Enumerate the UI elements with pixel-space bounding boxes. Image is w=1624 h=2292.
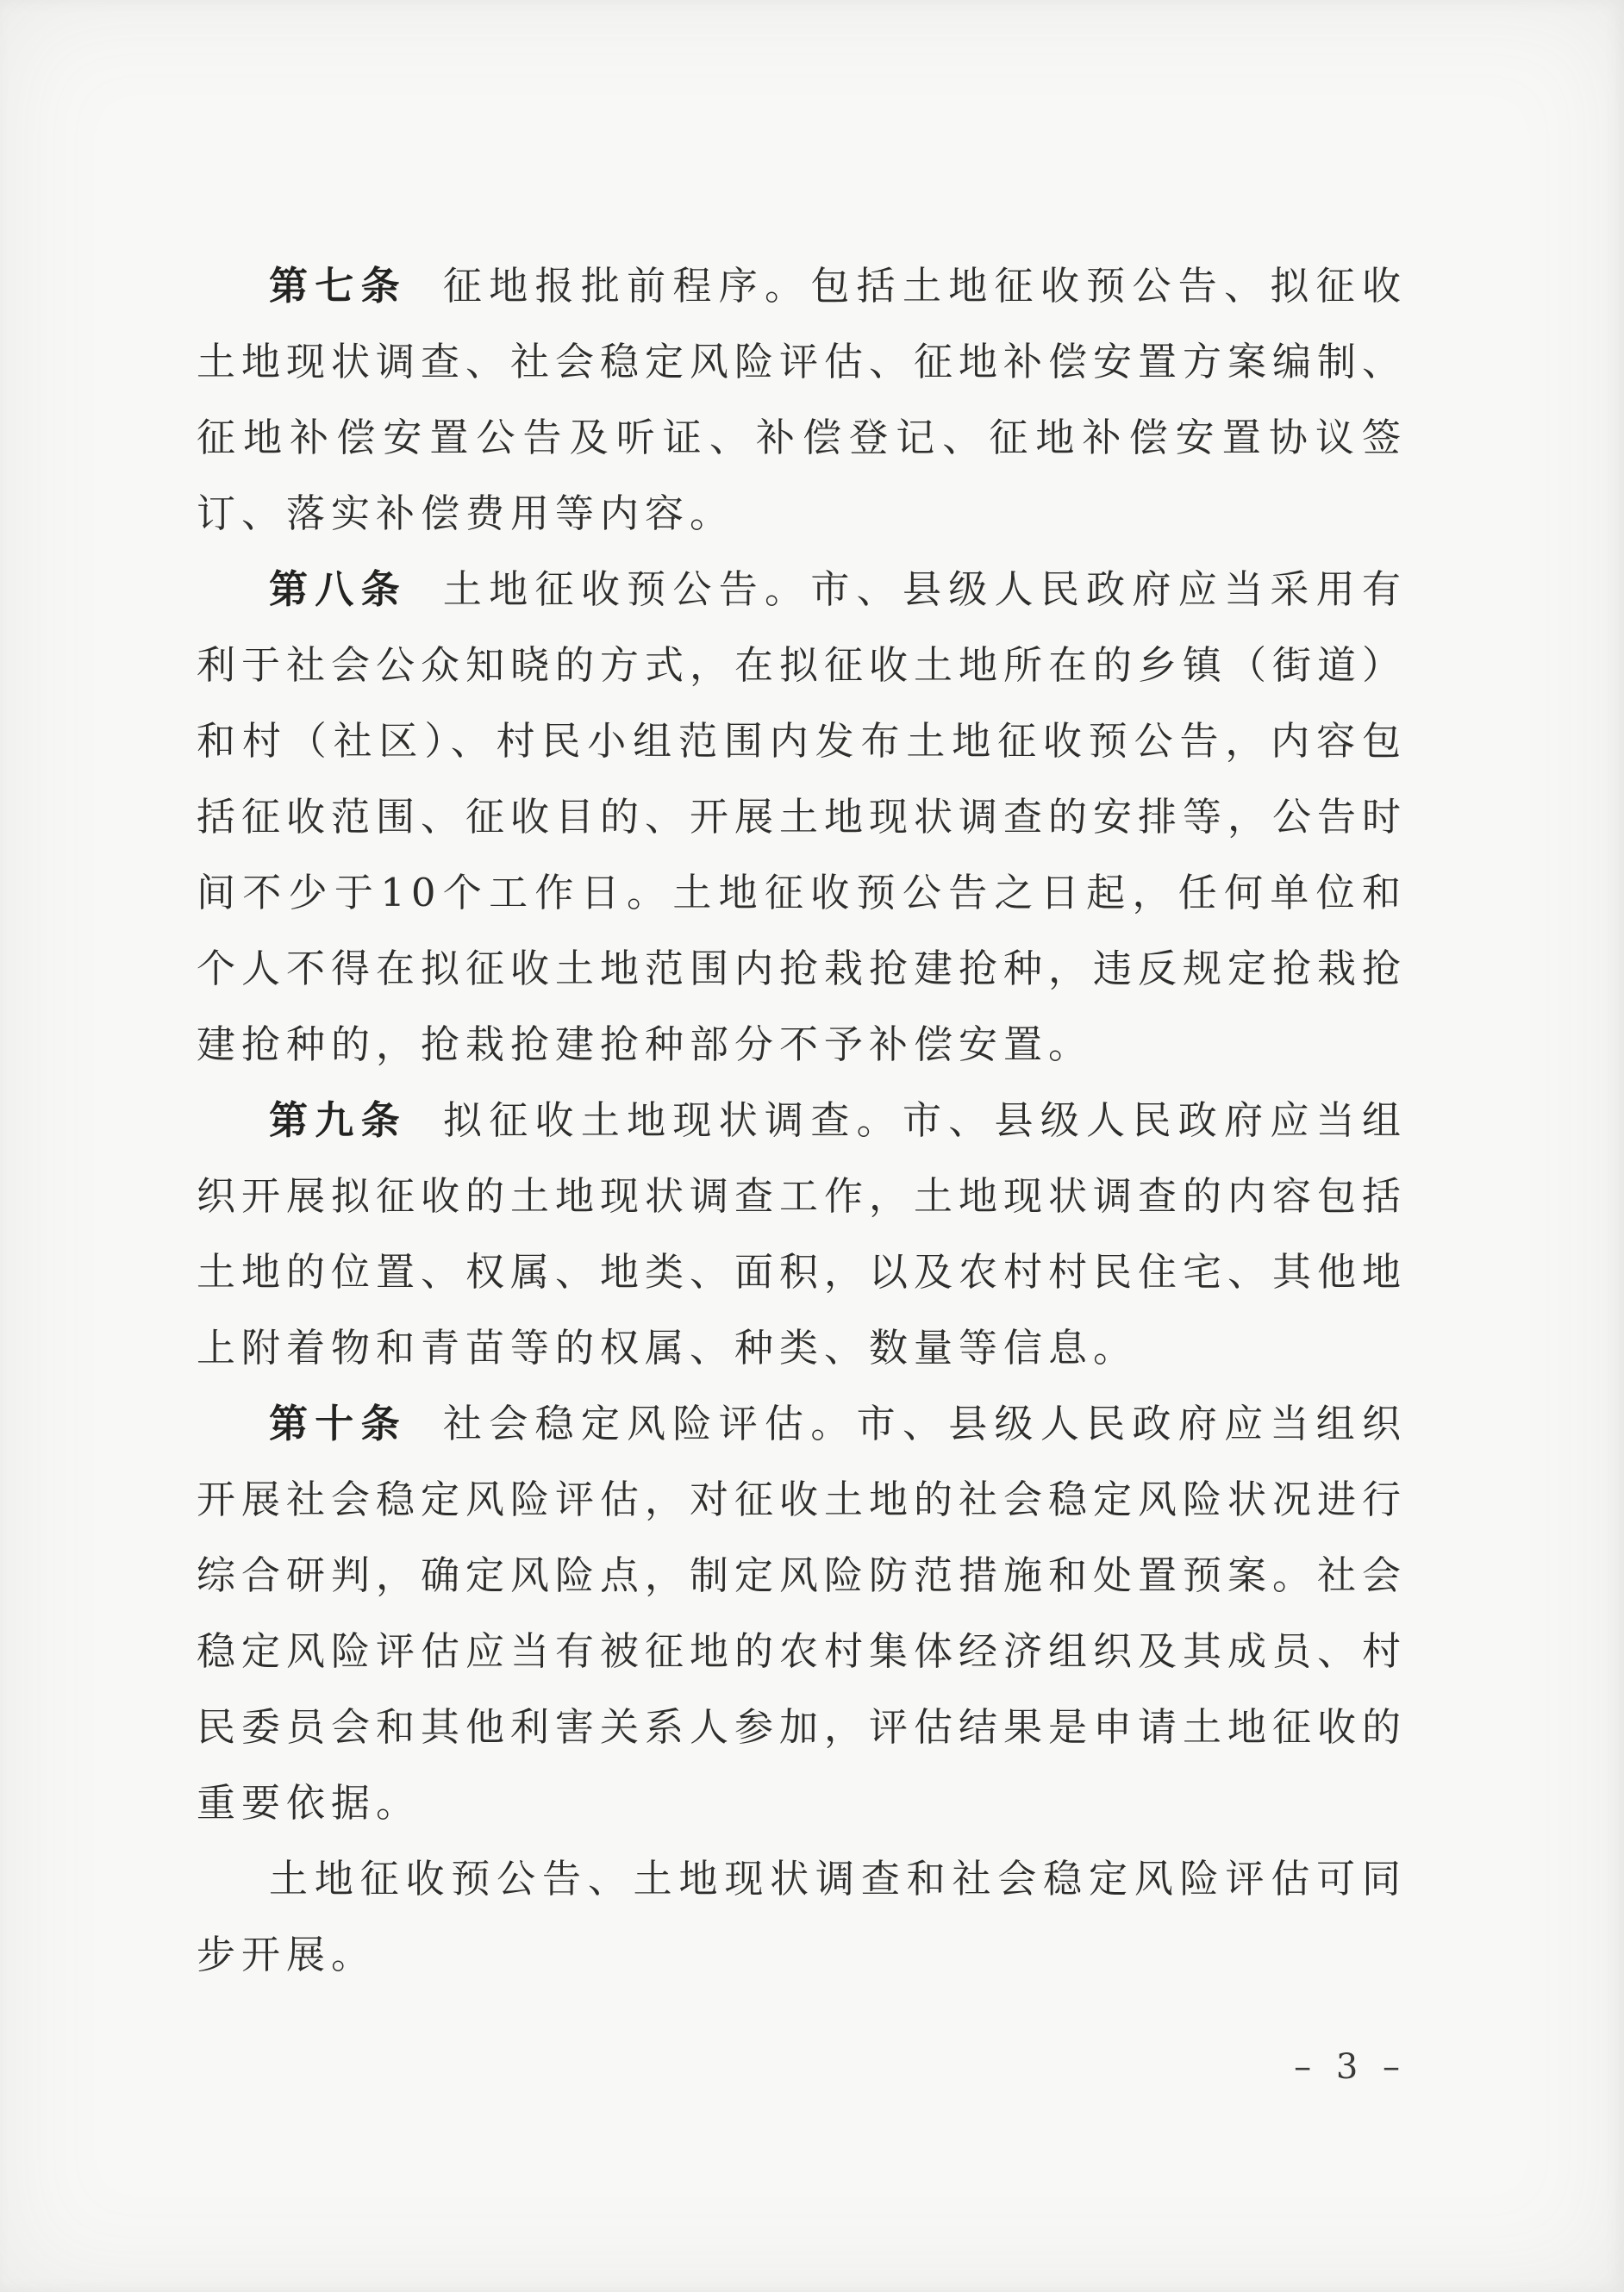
article-8-number: 第八条 [269, 566, 407, 612]
closing-paragraph-text: 土地征收预公告、土地现状调查和社会稳定风险评估可同步开展。 [197, 1856, 1407, 1977]
article-10-number: 第十条 [269, 1401, 407, 1446]
article-9-number: 第九条 [269, 1097, 407, 1143]
article-9-paragraph: 第九条拟征收土地现状调查。市、县级人民政府应当组织开展拟征收的土地现状调查工作，… [197, 1083, 1407, 1386]
article-8-paragraph: 第八条土地征收预公告。市、县级人民政府应当采用有利于社会公众知晓的方式，在拟征收… [197, 552, 1407, 1083]
article-7-number: 第七条 [269, 263, 407, 309]
article-10-paragraph: 第十条社会稳定风险评估。市、县级人民政府应当组织开展社会稳定风险评估，对征收土地… [197, 1386, 1407, 1841]
page-number: – 3 – [1294, 2047, 1407, 2087]
document-page: 第七条征地报批前程序。包括土地征收预公告、拟征收土地现状调查、社会稳定风险评估、… [0, 0, 1624, 2292]
closing-paragraph: 土地征收预公告、土地现状调查和社会稳定风险评估可同步开展。 [197, 1841, 1407, 1993]
document-body: 第七条征地报批前程序。包括土地征收预公告、拟征收土地现状调查、社会稳定风险评估、… [197, 248, 1407, 1993]
article-10-text: 社会稳定风险评估。市、县级人民政府应当组织开展社会稳定风险评估，对征收土地的社会… [197, 1401, 1407, 1826]
article-8-text: 土地征收预公告。市、县级人民政府应当采用有利于社会公众知晓的方式，在拟征收土地所… [197, 566, 1407, 1067]
article-7-paragraph: 第七条征地报批前程序。包括土地征收预公告、拟征收土地现状调查、社会稳定风险评估、… [197, 248, 1407, 552]
